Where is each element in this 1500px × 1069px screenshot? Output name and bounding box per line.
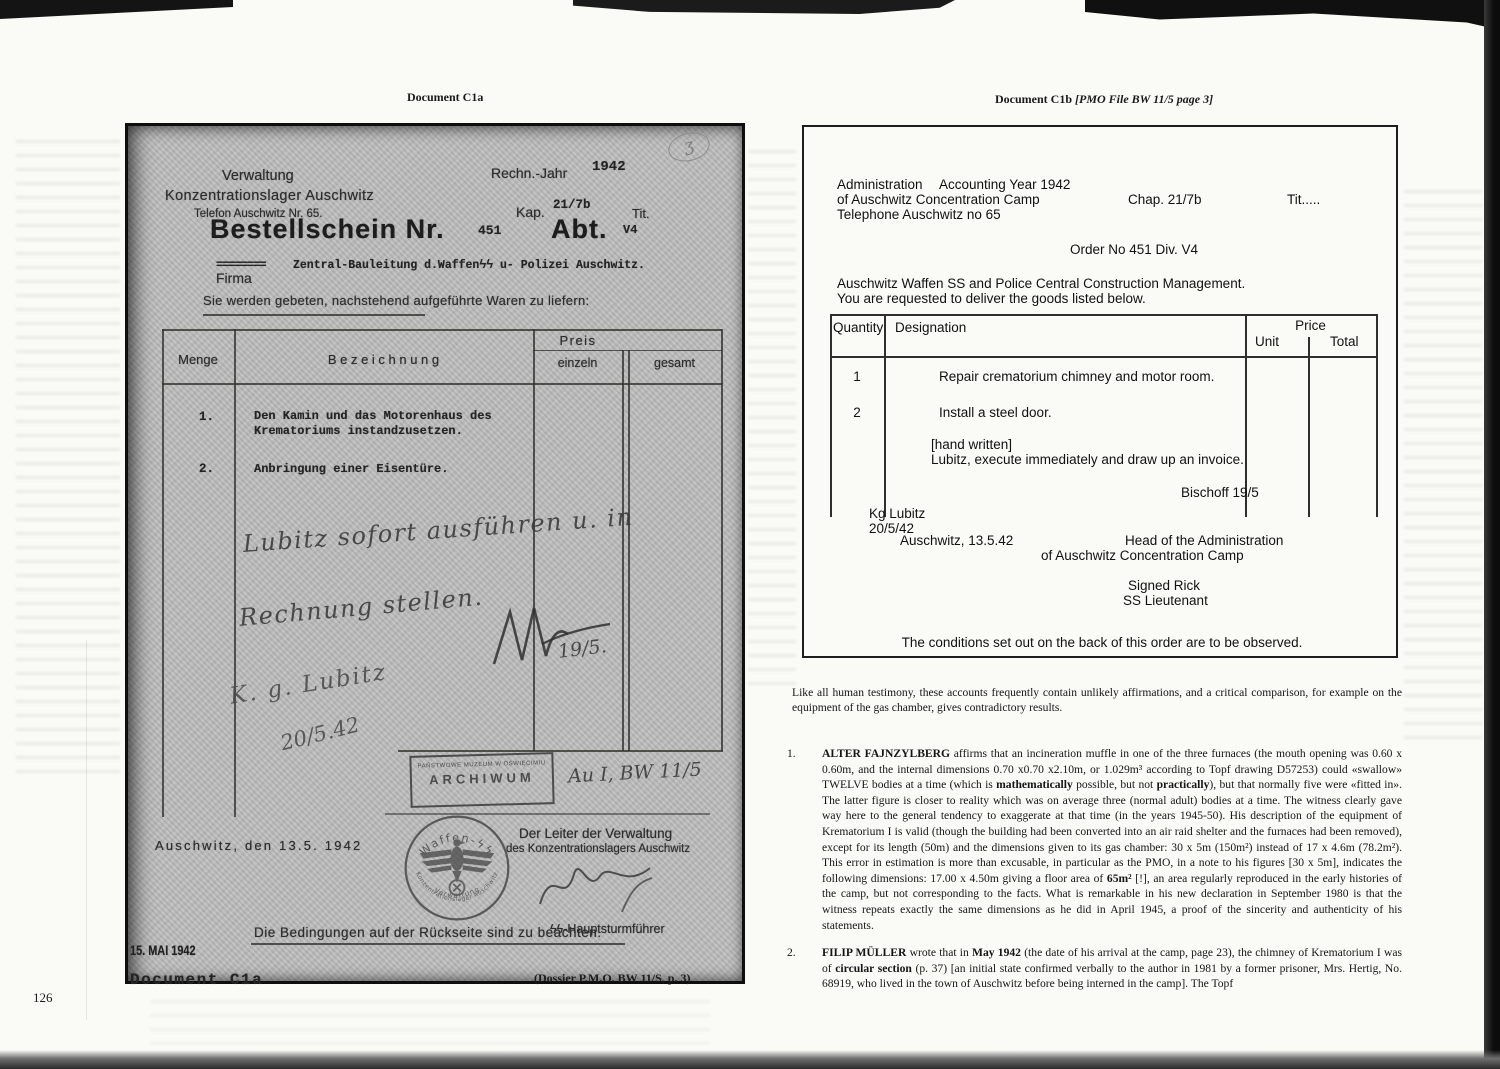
c1b-th-quantity: Quantity: [833, 320, 883, 335]
c1a-table-top-border: [162, 329, 722, 331]
c1b-table-header-border: [830, 356, 1378, 358]
c1a-row1-line1: Den Kamin und das Motorenhaus des: [254, 409, 492, 423]
c1a-admin-line2: Konzentrationslager Auschwitz: [165, 188, 374, 204]
c1a-dept-label: Abt.: [551, 214, 607, 245]
header-c1b-label: Document C1b: [995, 92, 1072, 106]
c1b-kg-lubitz: Kg Lubitz: [869, 506, 925, 521]
scan-artifact-top-right: [1085, 0, 1500, 30]
scan-artifact-bottom-edge: [0, 1050, 1500, 1069]
c1a-th-menge: Menge: [162, 352, 234, 367]
c1b-head-line1: Head of the Administration: [1125, 533, 1283, 548]
c1b-row2-qty: 2: [830, 405, 884, 420]
c1a-accounting-year-value: 1942: [592, 159, 626, 175]
book-page-scan: Document C1a Document C1b [PMO File BW 1…: [0, 0, 1500, 1069]
c1b-conditions-line: The conditions set out on the back of th…: [804, 635, 1400, 650]
c1b-handwritten-text: Lubitz, execute immediately and draw up …: [931, 452, 1244, 467]
ghost-text: [748, 150, 796, 690]
c1a-tit-label: Tit.: [632, 206, 650, 221]
c1a-table-col-einzeln: [622, 350, 624, 751]
c1a-title: Bestellschein Nr.: [210, 214, 445, 245]
c1a-admin-line1: Verwaltung: [222, 168, 294, 184]
c1b-th-price: Price: [1245, 318, 1376, 333]
ghost-text: [16, 140, 120, 780]
c1b-admin1: Administration: [837, 177, 923, 192]
c1a-request-line: Sie werden gebeten, nachstehend aufgefüh…: [203, 293, 589, 308]
c1b-th-total: Total: [1330, 334, 1359, 349]
c1a-conditions-line: Die Bedingungen auf der Rückseite sind z…: [254, 925, 601, 940]
ghost-text: [1404, 190, 1482, 750]
document-c1b-box: Administration Accounting Year 1942 of A…: [802, 125, 1398, 658]
c1a-head-admin-line1: Der Leiter der Verwaltung: [519, 826, 672, 841]
c1b-admin2: of Auschwitz Concentration Camp: [837, 192, 1040, 207]
c1b-bischoff-line: Bischoff 19/5: [1181, 485, 1259, 500]
c1a-firma-value: Zentral-Bauleitung d.Waffenϟϟ u- Polizei…: [293, 259, 645, 272]
page-number: 126: [33, 990, 53, 1006]
header-c1b-file-ref: [PMO File BW 11/5 page 3]: [1075, 92, 1213, 106]
c1b-order-line: Order No 451 Div. V4: [934, 242, 1334, 257]
c1a-doc-label: Document C1a: [130, 971, 263, 989]
c1a-handwriting-line2: Rechnung stellen.: [238, 583, 484, 632]
c1a-handwritten-page-mark: ʒ: [665, 128, 713, 165]
c1a-th-einzeln: einzeln: [533, 356, 622, 370]
c1b-table-col-unit-total: [1308, 337, 1310, 517]
c1a-rick-signature-scrawl: [526, 852, 666, 920]
scan-artifact-top-left: [0, 0, 233, 20]
c1a-th-gesamt: gesamt: [628, 356, 721, 370]
c1a-request-underline: [203, 314, 425, 316]
c1a-archive-stamp: PAŃSTWOWE MUZEUM W OŚWIĘCIMIU ARCHIWUM: [409, 752, 554, 808]
c1b-accounting-year: Accounting Year 1942: [939, 177, 1070, 192]
c1a-row2-line1: Anbringung einer Eisentüre.: [254, 462, 448, 476]
c1b-table-col-quantity: [884, 314, 886, 517]
c1b-th-unit: Unit: [1255, 334, 1279, 349]
scan-artifact-right-edge: [1484, 0, 1500, 1069]
c1a-firma-label: Firma: [216, 270, 252, 286]
c1b-th-designation: Designation: [895, 320, 966, 335]
c1a-table-col-menge: [234, 329, 236, 817]
c1b-mgmt2: You are requested to deliver the goods l…: [837, 291, 1146, 306]
c1b-table-top-border: [830, 314, 1378, 316]
c1b-signed-line1: Signed Rick: [1128, 578, 1200, 593]
c1a-date-line: Auschwitz, den 13.5. 1942: [155, 838, 363, 853]
c1b-row1-text: Repair crematorium chimney and motor roo…: [939, 369, 1214, 384]
c1b-admin3: Telephone Auschwitz no 65: [837, 207, 1001, 222]
c1a-row2-number: 2.: [199, 462, 214, 476]
scan-artifact-top-middle: [573, 0, 955, 14]
c1b-row1-qty: 1: [830, 369, 884, 384]
c1b-date-line: Auschwitz, 13.5.42: [900, 533, 1013, 548]
c1a-chapter-label: Kap.: [516, 204, 545, 220]
c1b-tit: Tit.....: [1287, 192, 1320, 207]
body-item2-number: 2.: [787, 945, 796, 961]
c1a-accounting-year-label: Rechn.-Jahr: [491, 165, 567, 181]
document-c1a-photo: Verwaltung Konzentrationslager Auschwitz…: [125, 123, 745, 984]
c1a-round-ss-stamp: Waffen-ϟϟ Konzentrationslager Auschwitz …: [401, 812, 513, 924]
ghost-text: [150, 1000, 710, 1044]
c1a-th-bezeichnung: B e z e i c h n u n g: [234, 352, 533, 367]
c1a-table-right-border: [721, 329, 723, 751]
c1b-mgmt1: Auschwitz Waffen SS and Police Central C…: [837, 276, 1245, 291]
c1b-row2-text: Install a steel door.: [939, 405, 1052, 420]
c1b-handwritten-label: [hand written]: [931, 437, 1012, 452]
c1a-table-bottom-line: [398, 750, 723, 752]
body-item1-number: 1.: [787, 746, 796, 762]
c1a-conditions-underline: [251, 943, 625, 945]
c1a-lubitz-signature: K. g. Lubitz: [228, 659, 389, 710]
c1b-table-right-border: [1376, 314, 1378, 517]
c1a-dept-value: V4: [623, 223, 637, 237]
c1a-table-header-border: [162, 383, 722, 385]
body-item1-text: ALTER FAJNZYLBERG affirms that an incine…: [822, 746, 1402, 933]
header-document-c1a: Document C1a: [407, 90, 483, 105]
body-intro-paragraph: Like all human testimony, these accounts…: [792, 686, 1402, 715]
c1b-chapter: Chap. 21/7b: [1128, 192, 1202, 207]
body-item2-text: FILIP MÜLLER wrote that in May 1942 (the…: [822, 945, 1402, 992]
c1a-row1-number: 1.: [199, 410, 214, 424]
header-document-c1b: Document C1b [PMO File BW 11/5 page 3]: [995, 92, 1213, 107]
c1a-handwriting-line1: Lubitz sofort ausführen u. in: [242, 503, 634, 558]
c1a-archive-stamp-line1: PAŃSTWOWE MUZEUM W OŚWIĘCIMIU: [412, 760, 552, 770]
c1a-archive-stamp-line2: ARCHIWUM: [412, 769, 552, 788]
c1a-chapter-value: 21/7b: [553, 198, 591, 212]
c1a-received-date-stamp: 15. MAI 1942: [130, 942, 196, 958]
c1a-th-preis: Preis: [508, 333, 648, 348]
c1a-table-col-preis: [533, 329, 535, 751]
c1a-dossier-ref: (Dossier P.M.O. BW 11/S, p. 3): [534, 971, 690, 986]
c1a-table-left-border: [162, 329, 164, 817]
c1a-table-col-einzeln2: [628, 350, 630, 751]
c1a-order-number: 451: [478, 223, 501, 238]
c1a-lubitz-date: 20/5.42: [278, 713, 362, 756]
c1b-head-line2: of Auschwitz Concentration Camp: [1041, 548, 1244, 563]
c1a-row1-line2: Krematoriums instandzusetzen.: [254, 424, 463, 438]
c1b-signed-line2: SS Lieutenant: [1123, 593, 1208, 608]
c1a-archive-note: Au I, BW 11/5: [568, 759, 703, 788]
